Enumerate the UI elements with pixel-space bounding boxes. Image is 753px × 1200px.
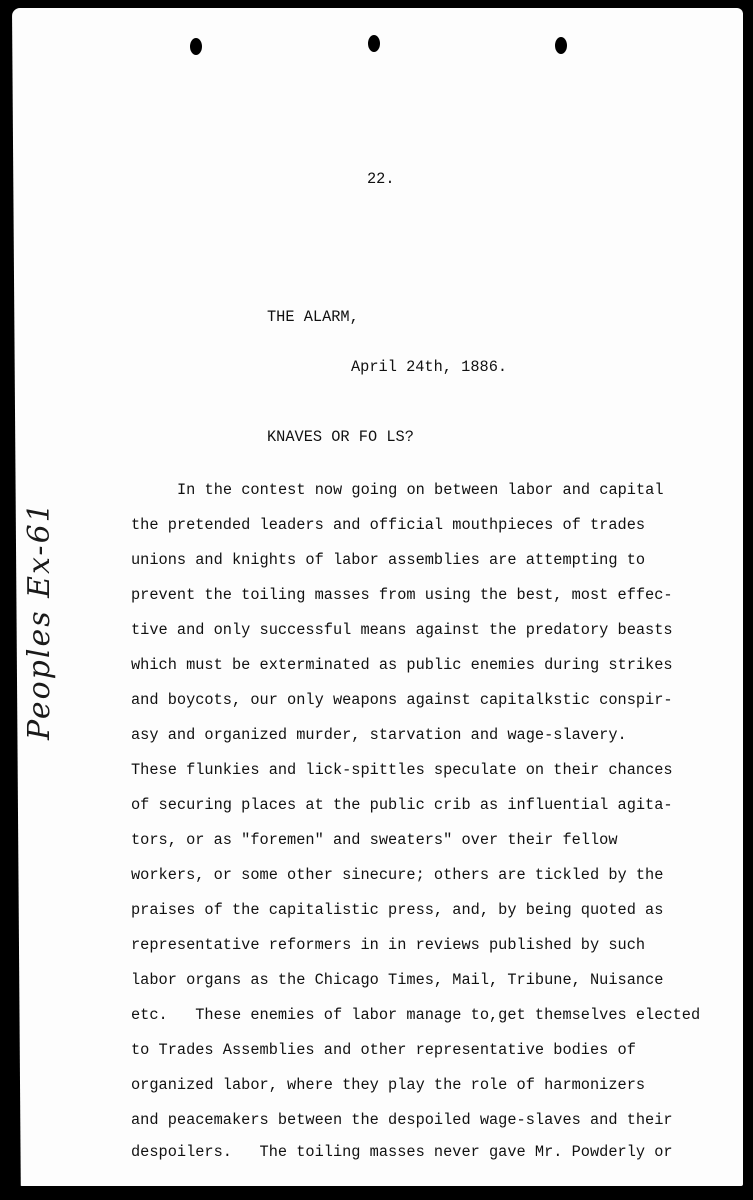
margin-annotation: Peoples Ex-61 xyxy=(22,501,57,740)
body-line: These flunkies and lick-spittles specula… xyxy=(131,761,673,779)
body-line: of securing places at the public crib as… xyxy=(131,796,673,814)
body-line: and peacemakers between the despoiled wa… xyxy=(131,1111,673,1129)
body-line: and boycots, our only weapons against ca… xyxy=(131,691,673,709)
body-line: In the contest now going on between labo… xyxy=(177,481,664,499)
page-number: 22. xyxy=(367,170,395,188)
body-line: unions and knights of labor assemblies a… xyxy=(131,551,645,569)
body-line: praises of the capitalistic press, and, … xyxy=(131,901,663,919)
article-headline: KNAVES OR FO LS? xyxy=(267,428,414,446)
punch-hole-left xyxy=(190,38,202,55)
body-line: prevent the toiling masses from using th… xyxy=(131,586,673,604)
body-line: workers, or some other sinecure; others … xyxy=(131,866,663,884)
body-line: organized labor, where they play the rol… xyxy=(131,1076,645,1094)
body-line: the pretended leaders and official mouth… xyxy=(131,516,645,534)
punch-hole-right xyxy=(555,37,567,54)
body-line: asy and organized murder, starvation and… xyxy=(131,726,627,744)
publication-title: THE ALARM, xyxy=(267,308,359,326)
body-line: representative reformers in in reviews p… xyxy=(131,936,645,954)
publication-date: April 24th, 1886. xyxy=(351,358,507,376)
body-line: which must be exterminated as public ene… xyxy=(131,656,673,674)
body-line: to Trades Assemblies and other represent… xyxy=(131,1041,636,1059)
body-line: tive and only successful means against t… xyxy=(131,621,673,639)
punch-hole-center xyxy=(368,35,380,52)
body-line: labor organs as the Chicago Times, Mail,… xyxy=(131,971,663,989)
body-line: despoilers. The toiling masses never gav… xyxy=(131,1143,673,1161)
body-line: tors, or as "foremen" and sweaters" over… xyxy=(131,831,618,849)
body-line: etc. These enemies of labor manage to,ge… xyxy=(131,1006,700,1024)
